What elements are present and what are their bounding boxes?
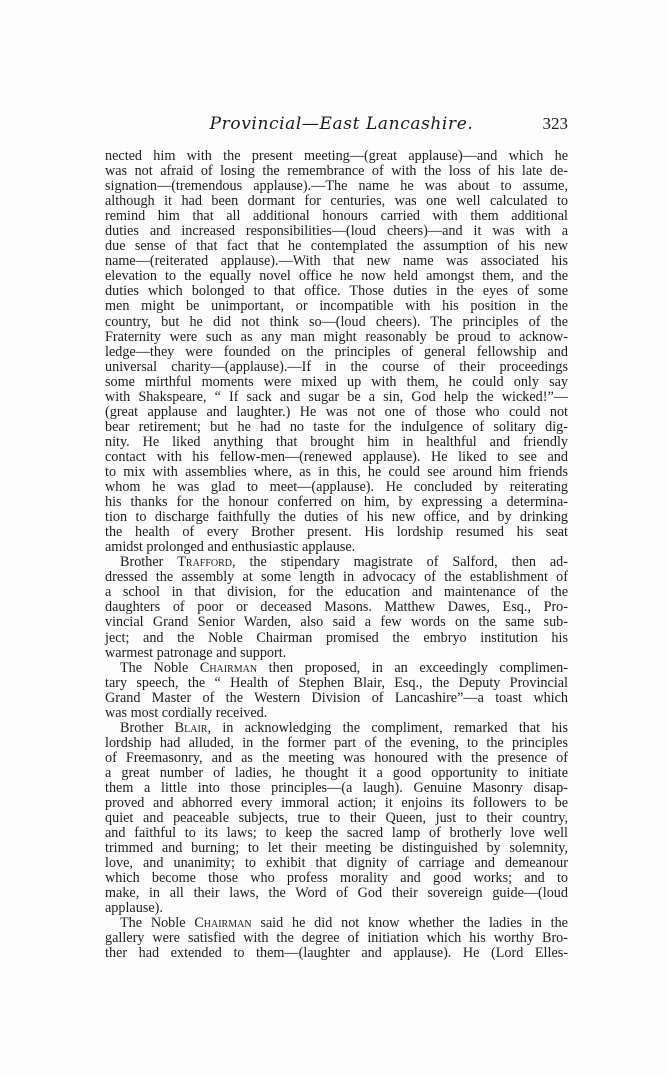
text-line: country, but he did not think so—(loud c… <box>105 315 568 330</box>
small-caps-name: Blair <box>175 720 208 736</box>
text-line: contact with his fellow-men—(renewed app… <box>105 450 568 465</box>
text-line: and faithful to its laws; to keep the sa… <box>105 826 568 841</box>
text-line: ledge—they were founded on the principle… <box>105 345 568 360</box>
text-line: make, in all their laws, the Word of God… <box>105 886 568 901</box>
text-line: Fraternity were such as any man might re… <box>105 330 568 345</box>
text-line: ther had extended to them—(laughter and … <box>105 946 568 961</box>
text-line: daughters of poor or deceased Masons. Ma… <box>105 600 568 615</box>
text-line: dressed the assembly at some length in a… <box>105 570 568 585</box>
text-line: although it had been dormant for centuri… <box>105 194 568 209</box>
text-line: nected him with the present meeting—(gre… <box>105 149 568 164</box>
text-line: which become those who profess morality … <box>105 871 568 886</box>
text-line: love, and unanimity; to exhibit that dig… <box>105 856 568 871</box>
text-line: duties and increased responsibilities—(l… <box>105 224 568 239</box>
text-line: warmest patronage and support. <box>105 646 568 661</box>
book-page: Provincial—East Lancashire. 323 nected h… <box>0 0 670 1074</box>
text-line: elevation to the equally novel office he… <box>105 269 568 284</box>
text-line: applause). <box>105 901 568 916</box>
page-number: 323 <box>543 114 569 134</box>
text-line: duties which bolonged to that office. Th… <box>105 284 568 299</box>
text-line: was not afraid of losing the remembrance… <box>105 164 568 179</box>
text-line: was most cordially received. <box>105 706 568 721</box>
text-line: name—(reiterated applause).—With that ne… <box>105 254 568 269</box>
text-line: with Shakspeare, “ If sack and sugar be … <box>105 390 568 405</box>
text-line: trimmed and burning; to let their meetin… <box>105 841 568 856</box>
text-line: nity. He liked anything that brought him… <box>105 435 568 450</box>
text-line: (great applause and laughter.) He was no… <box>105 405 568 420</box>
text-line: of Freemasonry, and as the meeting was h… <box>105 751 568 766</box>
text-line: due sense of that fact that he contempla… <box>105 239 568 254</box>
text-line: ject; and the Noble Chairman promised th… <box>105 631 568 646</box>
text-line: lordship had alluded, in the former part… <box>105 736 568 751</box>
text-line: a school in that division, for the educa… <box>105 585 568 600</box>
text-line: signation—(tremendous applause).—The nam… <box>105 179 568 194</box>
text-line: men might be unimportant, or incompatibl… <box>105 299 568 314</box>
text-line: tion to discharge faithfully the duties … <box>105 510 568 525</box>
text-line: tary speech, the “ Health of Stephen Bla… <box>105 676 568 691</box>
text-line: vincial Grand Senior Warden, also said a… <box>105 615 568 630</box>
small-caps-name: Trafford <box>177 554 232 570</box>
text-line: gallery were satisfied with the degree o… <box>105 931 568 946</box>
body-text: nected him with the present meeting—(gre… <box>105 149 568 962</box>
text-line: The Noble Chairman then proposed, in an … <box>105 661 568 676</box>
text-line: a great number of ladies, he thought it … <box>105 766 568 781</box>
text-line: them a little into those principles—(a l… <box>105 781 568 796</box>
text-line: Grand Master of the Western Division of … <box>105 691 568 706</box>
text-line: to mix with assemblies where, as in this… <box>105 465 568 480</box>
text-line: universal charity—(applause).—If in the … <box>105 360 568 375</box>
text-line: the health of every Brother present. His… <box>105 525 568 540</box>
text-line: quiet and peaceable subjects, true to th… <box>105 811 568 826</box>
text-line: whom he was glad to meet—(applause). He … <box>105 480 568 495</box>
running-title: Provincial—East Lancashire. <box>105 114 568 134</box>
text-line: his thanks for the honour conferred on h… <box>105 495 568 510</box>
text-line: Brother Blair, in acknowledging the comp… <box>105 721 568 736</box>
page-header: Provincial—East Lancashire. 323 <box>105 112 568 136</box>
text-line: Brother Trafford, the stipendary magistr… <box>105 555 568 570</box>
small-caps-name: Chairman <box>194 915 251 931</box>
text-line: amidst prolonged and enthusiastic applau… <box>105 540 568 555</box>
text-line: The Noble Chairman said he did not know … <box>105 916 568 931</box>
text-line: bear retirement; but he had no taste for… <box>105 420 568 435</box>
small-caps-name: Chairman <box>200 660 257 676</box>
text-line: some mirthful moments were mixed up with… <box>105 375 568 390</box>
text-line: remind him that all additional honours c… <box>105 209 568 224</box>
text-line: proved and abhorred every immoral action… <box>105 796 568 811</box>
